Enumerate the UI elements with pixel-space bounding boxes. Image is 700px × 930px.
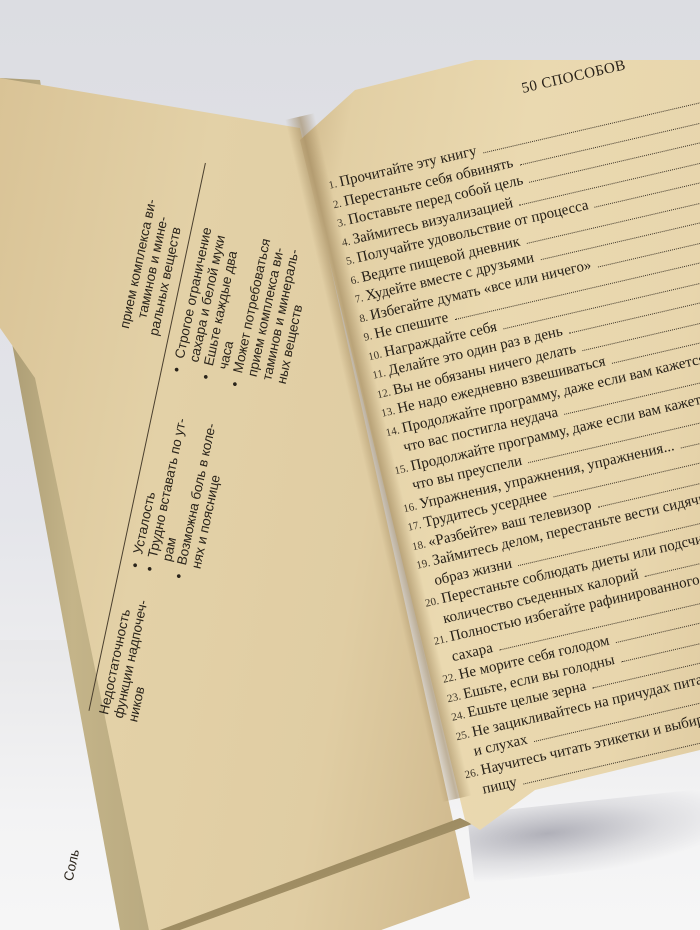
toc-entry-number: 14. (385, 424, 401, 439)
toc-entry-number: 7. (354, 292, 365, 306)
toc-entry-number: 26. (463, 766, 479, 781)
toc-entry-number: 9. (363, 330, 374, 344)
toc-entry-number: 16. (402, 500, 418, 515)
toc-entry-number: 18. (411, 538, 427, 553)
toc-entry-number: 17. (406, 519, 422, 534)
toc-entry-number: 13. (380, 405, 396, 420)
toc-entry-number: 5. (345, 254, 356, 268)
toc-entry-number: 3. (336, 216, 347, 230)
toc-entry-number: 2. (332, 197, 343, 211)
toc-entry-number: 23. (446, 690, 462, 705)
toc-entry-number: 19. (415, 557, 431, 572)
toc-entry-number: 12. (376, 386, 392, 401)
toc-entry-number: 15. (393, 462, 409, 477)
toc-entry-number: 20. (424, 595, 440, 610)
symptoms-list: Усталость Трудно вставать по ут-рам Возм… (127, 380, 239, 584)
toc-entry-number: 21. (433, 633, 449, 648)
condition-label: Недостаточность функции надпочеч- ников (96, 585, 167, 723)
toc-entry-number: 25. (455, 728, 471, 743)
toc-entry-number: 22. (442, 671, 458, 686)
toc-entry-number: 6. (349, 273, 360, 287)
toc-entry-number: 1. (327, 178, 338, 192)
toc-entry-number: 4. (341, 235, 352, 249)
toc-entry-number: 8. (358, 311, 369, 325)
toc-entry-number: 10. (367, 348, 383, 363)
recommendations-list: Строгое ограничениесахара и белой муки Е… (169, 165, 329, 399)
toc-entry-number: 11. (371, 367, 387, 382)
toc-entry-number: 24. (450, 709, 466, 724)
